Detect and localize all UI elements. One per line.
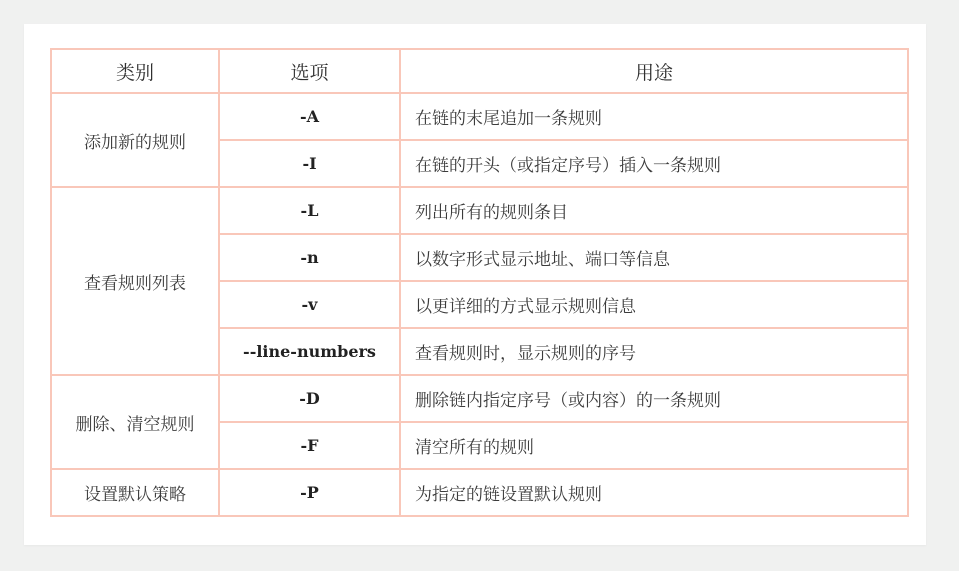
category-cell-add-rules: 添加新的规则 — [51, 93, 219, 187]
purpose-cell: 在链的开头（或指定序号）插入一条规则 — [400, 140, 908, 187]
header-option: 选项 — [219, 49, 400, 93]
option-cell: -L — [219, 187, 400, 234]
table-row: 查看规则列表 -L 列出所有的规则条目 — [51, 187, 908, 234]
category-cell-delete-rules: 删除、清空规则 — [51, 375, 219, 469]
option-cell: -F — [219, 422, 400, 469]
option-cell: -A — [219, 93, 400, 140]
purpose-cell: 清空所有的规则 — [400, 422, 908, 469]
option-cell: -v — [219, 281, 400, 328]
table-header-row: 类别 选项 用途 — [51, 49, 908, 93]
option-cell: -P — [219, 469, 400, 516]
category-cell-view-rules: 查看规则列表 — [51, 187, 219, 375]
option-cell: -D — [219, 375, 400, 422]
purpose-cell: 查看规则时，显示规则的序号 — [400, 328, 908, 375]
purpose-cell: 为指定的链设置默认规则 — [400, 469, 908, 516]
header-category: 类别 — [51, 49, 219, 93]
option-cell: -I — [219, 140, 400, 187]
purpose-cell: 以数字形式显示地址、端口等信息 — [400, 234, 908, 281]
purpose-cell: 在链的末尾追加一条规则 — [400, 93, 908, 140]
content-card: 类别 选项 用途 添加新的规则 -A 在链的末尾追加一条规则 -I 在链的开头（… — [24, 24, 926, 545]
header-purpose: 用途 — [400, 49, 908, 93]
category-cell-default-policy: 设置默认策略 — [51, 469, 219, 516]
iptables-options-table: 类别 选项 用途 添加新的规则 -A 在链的末尾追加一条规则 -I 在链的开头（… — [50, 48, 909, 517]
purpose-cell: 删除链内指定序号（或内容）的一条规则 — [400, 375, 908, 422]
table-row: 删除、清空规则 -D 删除链内指定序号（或内容）的一条规则 — [51, 375, 908, 422]
option-cell: --line-numbers — [219, 328, 400, 375]
purpose-cell: 以更详细的方式显示规则信息 — [400, 281, 908, 328]
table-row: 设置默认策略 -P 为指定的链设置默认规则 — [51, 469, 908, 516]
option-cell: -n — [219, 234, 400, 281]
table-row: 添加新的规则 -A 在链的末尾追加一条规则 — [51, 93, 908, 140]
purpose-cell: 列出所有的规则条目 — [400, 187, 908, 234]
